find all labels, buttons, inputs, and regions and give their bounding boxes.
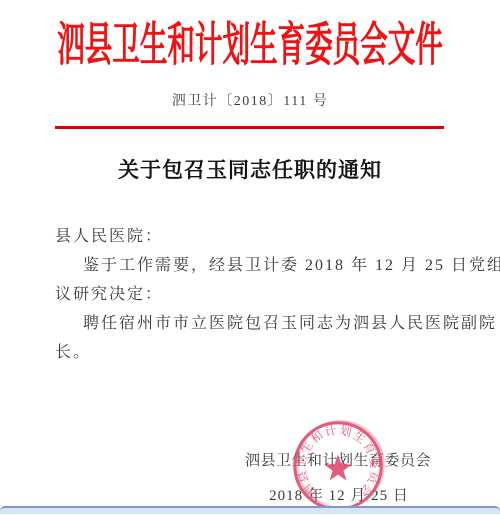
signature-block: 泗县卫生和计划生育委员会 2018 年 12 月 25 日 bbox=[245, 449, 419, 505]
notice-body: 县人民医院： 鉴于工作需要，经县卫计委 2018 年 12 月 25 日党组会 … bbox=[55, 222, 477, 367]
body-line: 长。 bbox=[55, 338, 477, 367]
letterhead-org-title-text: 泗县卫生和计划生育委员会文件 bbox=[57, 7, 443, 74]
body-line: 议研究决定： bbox=[55, 280, 477, 309]
document-page: 泗县卫生和计划生育委员会文件 泗卫计〔2018〕111 号 关于包召玉同志任职的… bbox=[0, 0, 500, 516]
notice-title: 关于包召玉同志任职的通知 bbox=[0, 154, 500, 184]
signature-org: 泗县卫生和计划生育委员会 bbox=[245, 449, 419, 470]
doc-number: 泗卫计〔2018〕111 号 bbox=[0, 90, 500, 110]
body-line-salutation: 县人民医院： bbox=[55, 222, 477, 251]
signature-date: 2018 年 12 月 25 日 bbox=[245, 484, 419, 505]
body-line: 聘任宿州市市立医院包召玉同志为泗县人民医院副院 bbox=[55, 309, 477, 338]
bottom-panel-edge bbox=[0, 506, 500, 514]
red-divider-rule bbox=[55, 126, 444, 129]
body-line: 鉴于工作需要，经县卫计委 2018 年 12 月 25 日党组会 bbox=[55, 251, 477, 280]
letterhead-org-title: 泗县卫生和计划生育委员会文件 bbox=[0, 7, 500, 46]
